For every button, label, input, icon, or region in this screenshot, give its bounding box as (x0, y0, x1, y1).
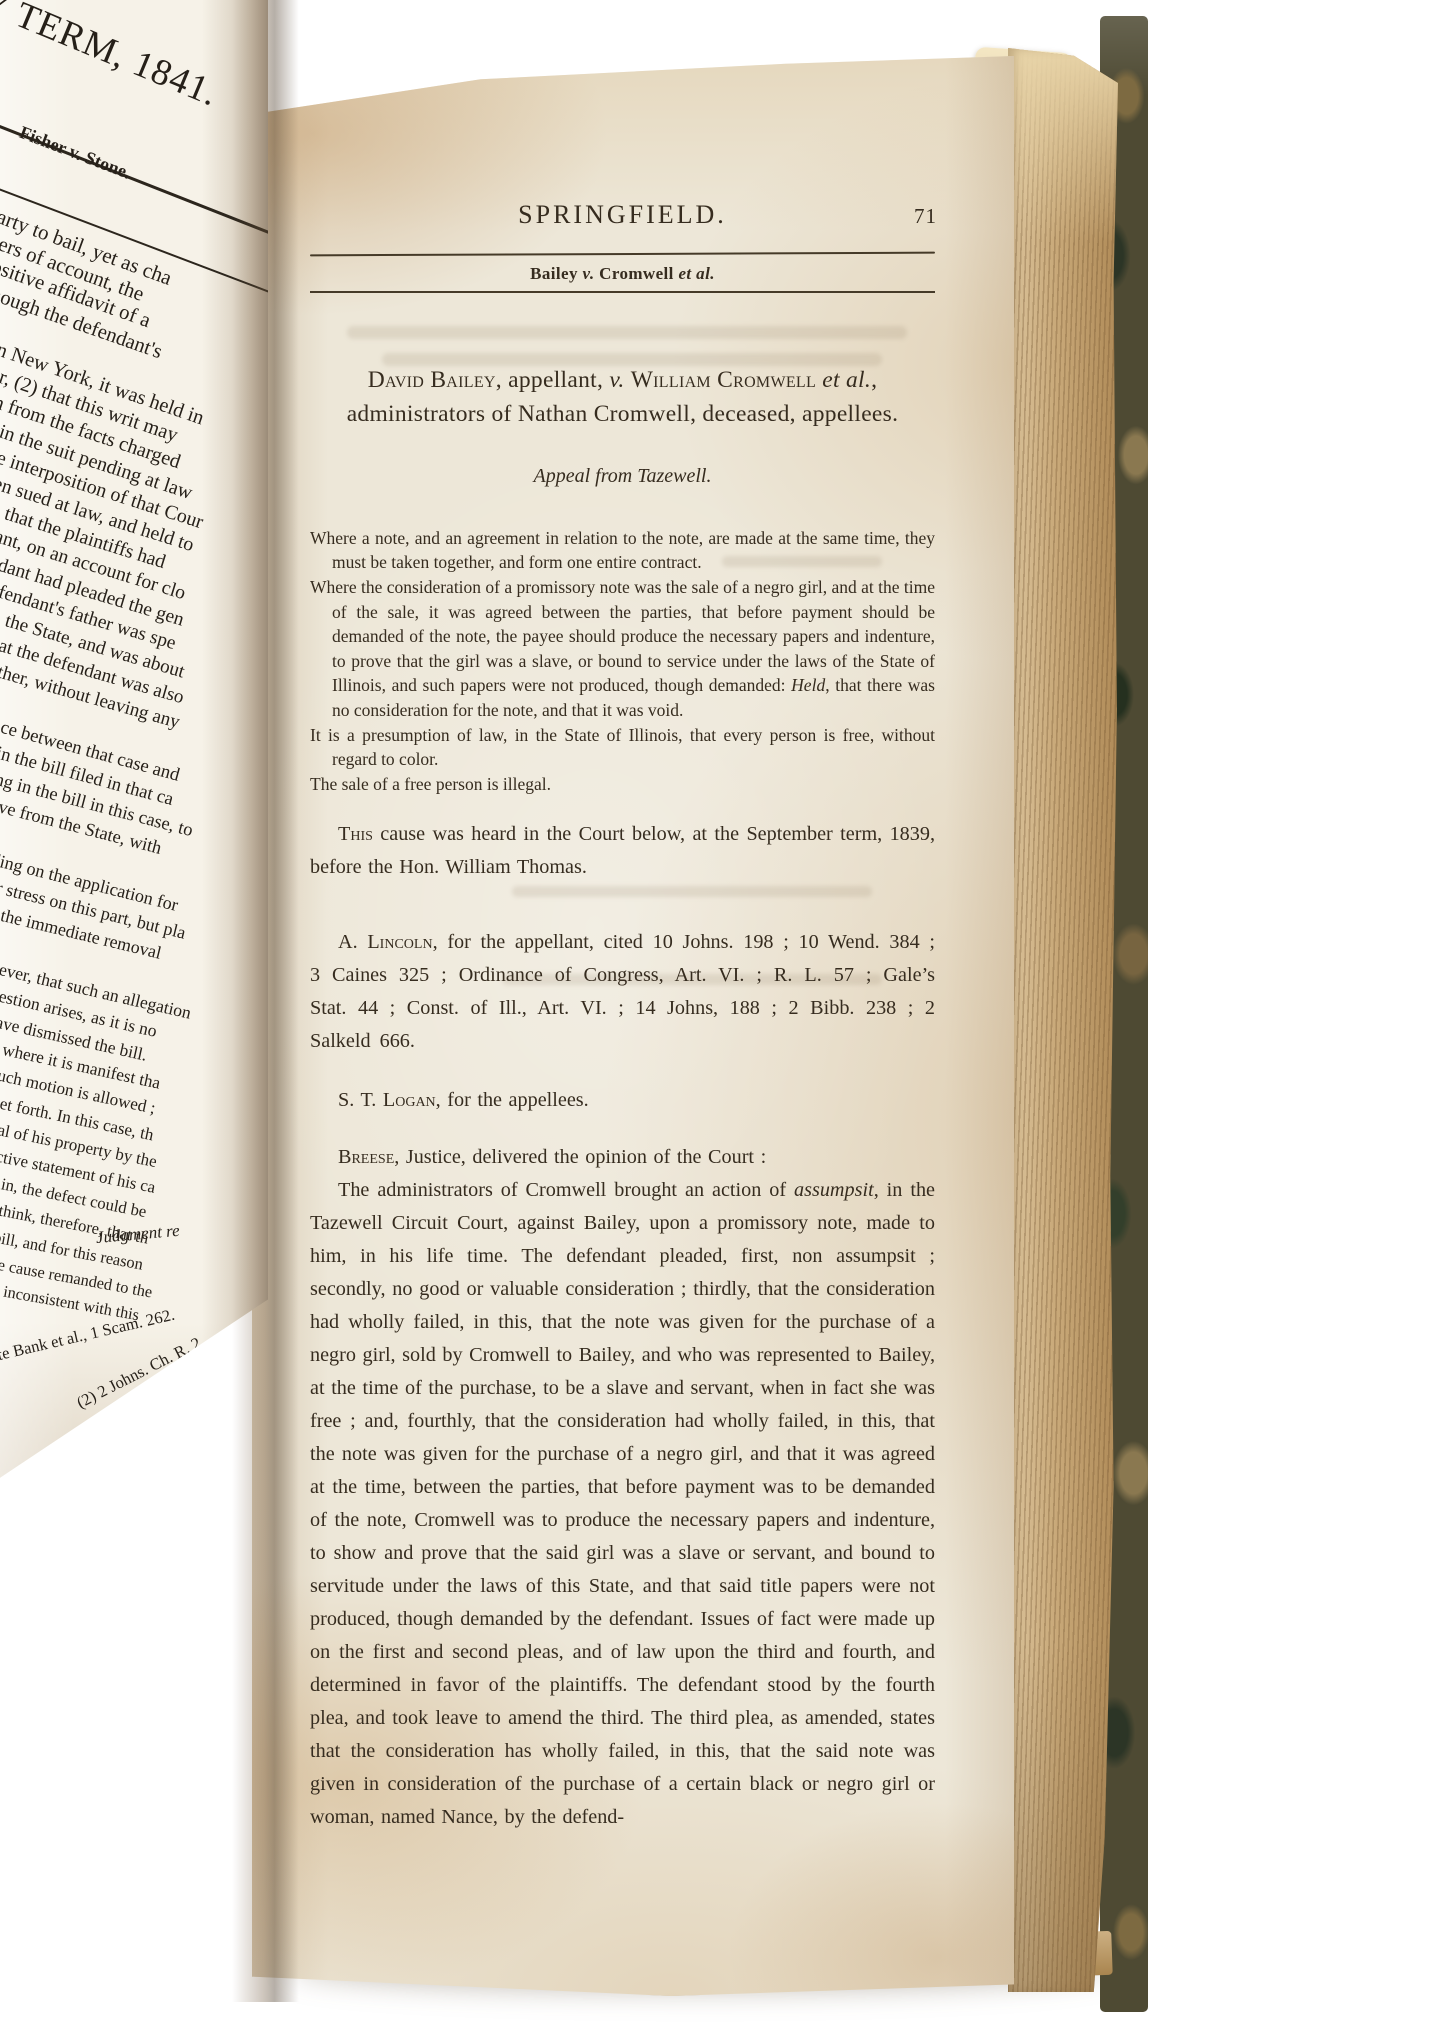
case-title-line2: administrators of Nathan Cromwell, decea… (310, 397, 935, 431)
book-photo: SPRINGFIELD. 71 Bailey v. Cromwell et al… (0, 0, 1445, 2023)
headnotes: Where a note, and an agreement in relati… (310, 526, 935, 797)
running-head-rule (310, 291, 935, 293)
left-page-running-title: LY TERM, 1841. (0, 0, 225, 116)
left-page: LY TERM, 1841. Fisher v. Stone. d the pa… (0, 0, 268, 1506)
footnote-citation: (2) 2 Johns. Ch. R. 2 (73, 1333, 204, 1413)
right-page: SPRINGFIELD. 71 Bailey v. Cromwell et al… (252, 56, 1014, 1996)
headnote: It is a presumption of law, in the State… (310, 723, 935, 772)
paragraph-cause-heard: This cause was heard in the Court below,… (310, 818, 935, 884)
page-header: SPRINGFIELD. 71 (310, 200, 935, 240)
opinion-body: The administrators of Cromwell brought a… (310, 1174, 935, 1834)
headnote: The sale of a free person is illegal. (310, 772, 935, 797)
paragraph-breese-opinion-intro: Breese, Justice, delivered the opinion o… (310, 1141, 935, 1174)
case-running-head: Bailey v. Cromwell et al. (310, 264, 935, 284)
headnote: Where a note, and an agreement in relati… (310, 526, 935, 575)
running-title: SPRINGFIELD. (310, 200, 935, 230)
headnote: Where the consideration of a promissory … (310, 575, 935, 723)
case-title: David Bailey, appellant, v. William Crom… (310, 363, 935, 431)
page-block-fore-edge (1008, 48, 1118, 1992)
left-case-running-head: Fisher v. Stone. (16, 122, 133, 184)
header-rule (310, 252, 935, 257)
appeal-line: Appeal from Tazewell. (310, 465, 935, 488)
case-title-line1: David Bailey, appellant, v. William Crom… (310, 363, 935, 397)
paragraph-logan: S. T. Logan, for the appellees. (310, 1084, 935, 1117)
right-page-text-block: SPRINGFIELD. 71 Bailey v. Cromwell et al… (310, 200, 935, 1834)
page-number: 71 (914, 204, 937, 229)
paragraph-lincoln-citations: A. Lincoln, for the appellant, cited 10 … (310, 926, 935, 1058)
